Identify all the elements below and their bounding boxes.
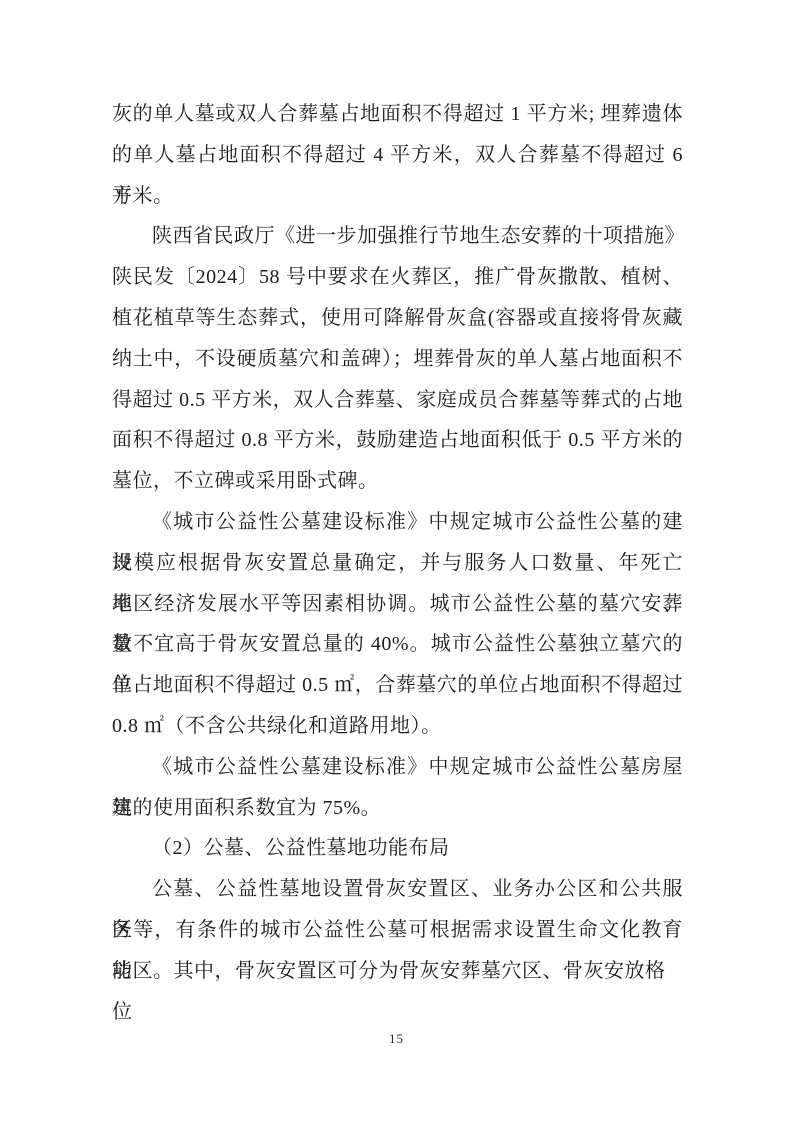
document-body: 灰的单人墓或双人合葬墓占地面积不得超过 1 平方米; 埋葬遗体的单人墓占地面积不… bbox=[112, 94, 683, 992]
text-line: 规模应根据骨灰安置总量确定，并与服务人口数量、年死亡率、 bbox=[112, 543, 683, 584]
text-line: 陕民发〔2024〕58 号中要求在火葬区，推广骨灰撒散、植树、 bbox=[112, 257, 683, 298]
paragraph: （2）公墓、公益性墓地功能布局 bbox=[112, 828, 683, 869]
page-footer: 15 bbox=[0, 1030, 793, 1048]
text-line: 面积不得超过 0.8 平方米，鼓励建造占地面积低于 0.5 平方米的 bbox=[112, 420, 683, 461]
paragraph: 陕西省民政厅《进一步加强推行节地生态安葬的十项措施》陕民发〔2024〕58 号中… bbox=[112, 216, 683, 502]
paragraph: 《城市公益性公墓建设标准》中规定城市公益性公墓房屋建筑的使用面积系数宜为 75%… bbox=[112, 747, 683, 829]
text-line: 地区经济发展水平等因素相协调。城市公益性公墓的墓穴安葬数 bbox=[112, 584, 683, 625]
text-line: 《城市公益性公墓建设标准》中规定城市公益性公墓房屋建 bbox=[112, 747, 683, 788]
text-line: 纳土中，不设硬质墓穴和盖碑）；埋葬骨灰的单人墓占地面积不 bbox=[112, 339, 683, 380]
paragraph: 灰的单人墓或双人合葬墓占地面积不得超过 1 平方米; 埋葬遗体的单人墓占地面积不… bbox=[112, 94, 683, 216]
text-line: 位占地面积不得超过 0.5 ㎡，合葬墓穴的单位占地面积不得超过 bbox=[112, 665, 683, 706]
paragraph: 公墓、公益性墓地设置骨灰安置区、业务办公区和公共服务区等，有条件的城市公益性公墓… bbox=[112, 869, 683, 991]
paragraph: 《城市公益性公墓建设标准》中规定城市公益性公墓的建设规模应根据骨灰安置总量确定，… bbox=[112, 502, 683, 747]
text-line: 能区。其中，骨灰安置区可分为骨灰安葬墓穴区、骨灰安放格位 bbox=[112, 951, 683, 992]
text-line: 植花植草等生态葬式，使用可降解骨灰盒(容器或直接将骨灰藏 bbox=[112, 298, 683, 339]
text-line: 方米。 bbox=[112, 176, 683, 217]
text-line: 陕西省民政厅《进一步加强推行节地生态安葬的十项措施》 bbox=[112, 216, 683, 257]
text-line: 《城市公益性公墓建设标准》中规定城市公益性公墓的建设 bbox=[112, 502, 683, 543]
text-line: 区等，有条件的城市公益性公墓可根据需求设置生命文化教育功 bbox=[112, 910, 683, 951]
text-line: 筑的使用面积系数宜为 75%。 bbox=[112, 788, 683, 829]
text-line: 灰的单人墓或双人合葬墓占地面积不得超过 1 平方米; 埋葬遗体 bbox=[112, 94, 683, 135]
page-number: 15 bbox=[389, 1031, 404, 1046]
text-line: 的单人墓占地面积不得超过 4 平方米，双人合葬墓不得超过 6 平 bbox=[112, 135, 683, 176]
text-line: 得超过 0.5 平方米，双人合葬墓、家庭成员合葬墓等葬式的占地 bbox=[112, 380, 683, 421]
text-line: 量不宜高于骨灰安置总量的 40%。城市公益性公墓独立墓穴的单 bbox=[112, 624, 683, 665]
text-line: 墓位，不立碑或采用卧式碑。 bbox=[112, 461, 683, 502]
text-line: （2）公墓、公益性墓地功能布局 bbox=[112, 828, 683, 869]
text-line: 0.8 ㎡（不含公共绿化和道路用地）。 bbox=[112, 706, 683, 747]
document-page: 灰的单人墓或双人合葬墓占地面积不得超过 1 平方米; 埋葬遗体的单人墓占地面积不… bbox=[0, 0, 793, 1122]
text-line: 公墓、公益性墓地设置骨灰安置区、业务办公区和公共服务 bbox=[112, 869, 683, 910]
